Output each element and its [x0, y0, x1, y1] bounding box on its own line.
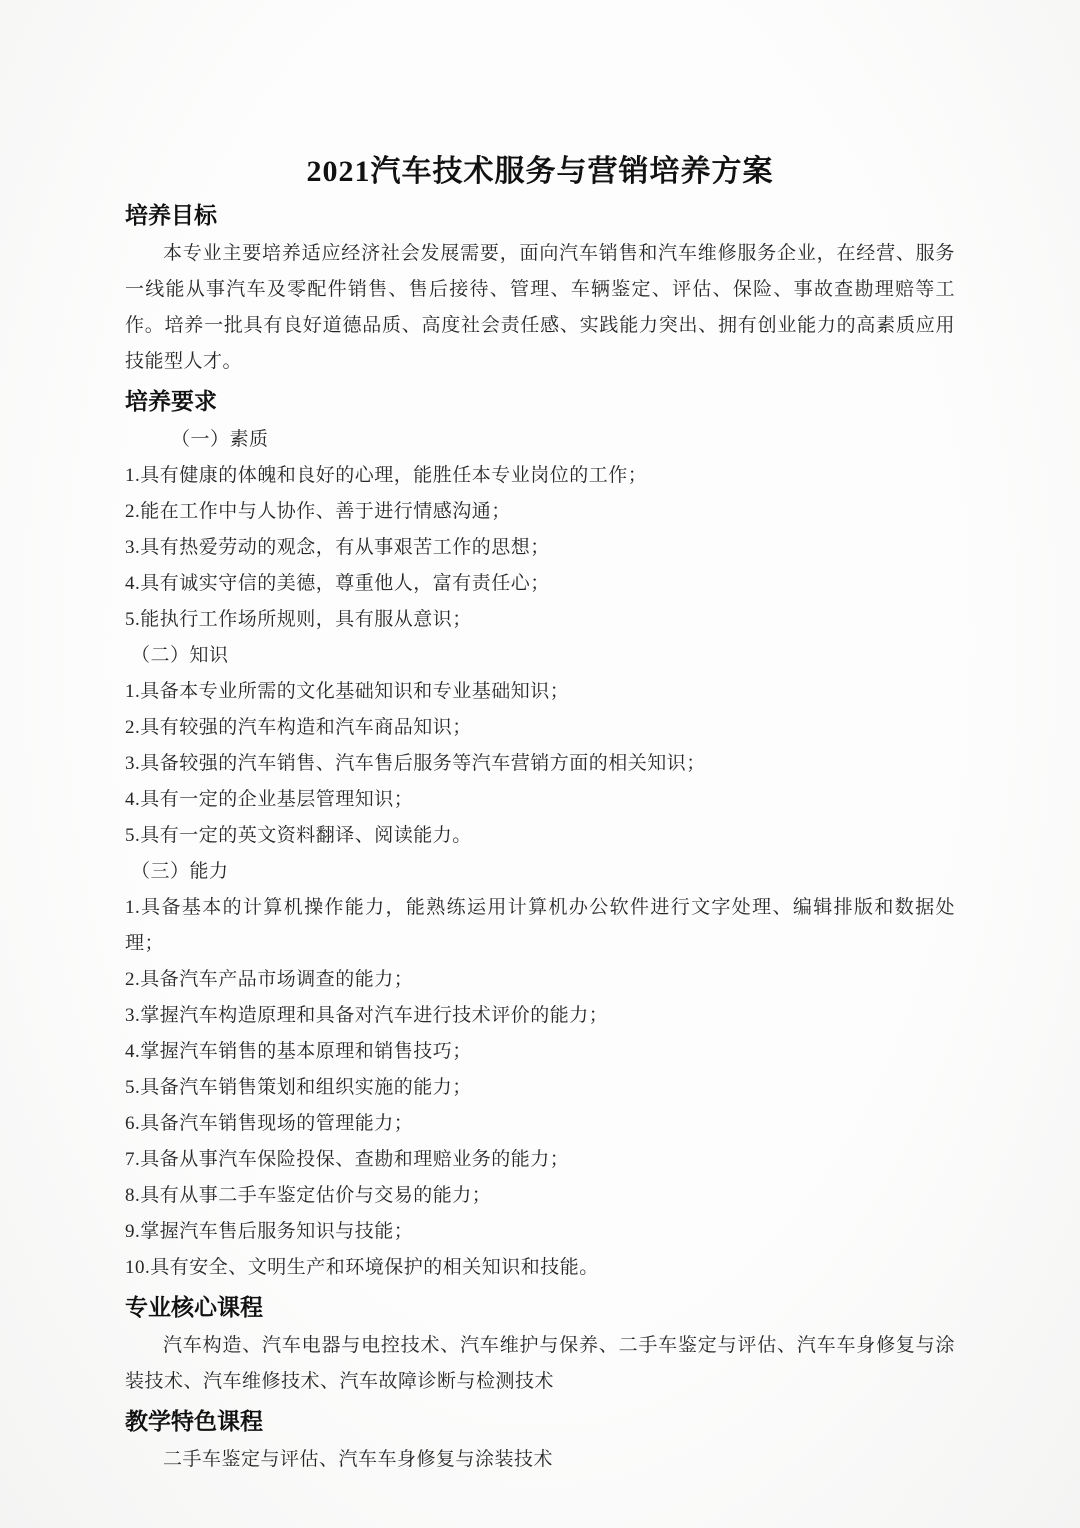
- requirement-item: 1.具备基本的计算机操作能力，能熟练运用计算机办公软件进行文字处理、编辑排版和数…: [125, 890, 955, 962]
- featured-courses-paragraph: 二手车鉴定与评估、汽车车身修复与涂装技术: [125, 1442, 955, 1478]
- requirement-item: 2.具备汽车产品市场调查的能力；: [125, 962, 955, 998]
- requirement-item: 5.能执行工作场所规则，具有服从意识；: [125, 602, 955, 638]
- requirement-item: 3.掌握汽车构造原理和具备对汽车进行技术评价的能力；: [125, 998, 955, 1034]
- requirement-item: 2.能在工作中与人协作、善于进行情感沟通；: [125, 494, 955, 530]
- requirement-item: 3.具有热爱劳动的观念，有从事艰苦工作的思想；: [125, 530, 955, 566]
- requirement-item: 2.具有较强的汽车构造和汽车商品知识；: [125, 710, 955, 746]
- section-heading-core-courses: 专业核心课程: [125, 1286, 955, 1328]
- requirement-item: 8.具有从事二手车鉴定估价与交易的能力；: [125, 1178, 955, 1214]
- subsection-label-knowledge: （二）知识: [125, 638, 955, 674]
- requirement-item: 10.具有安全、文明生产和环境保护的相关知识和技能。: [125, 1250, 955, 1286]
- requirement-item: 1.具备本专业所需的文化基础知识和专业基础知识；: [125, 674, 955, 710]
- requirement-item: 3.具备较强的汽车销售、汽车售后服务等汽车营销方面的相关知识；: [125, 746, 955, 782]
- section-heading-featured-courses: 教学特色课程: [125, 1400, 955, 1442]
- requirement-item: 5.具有一定的英文资料翻译、阅读能力。: [125, 818, 955, 854]
- requirement-item: 4.具有诚实守信的美德，尊重他人，富有责任心；: [125, 566, 955, 602]
- requirement-item: 1.具有健康的体魄和良好的心理，能胜任本专业岗位的工作；: [125, 458, 955, 494]
- ability-requirement-list: 1.具备基本的计算机操作能力，能熟练运用计算机办公软件进行文字处理、编辑排版和数…: [125, 890, 955, 1286]
- knowledge-requirement-list: 1.具备本专业所需的文化基础知识和专业基础知识； 2.具有较强的汽车构造和汽车商…: [125, 674, 955, 854]
- section-heading-training-requirements: 培养要求: [125, 380, 955, 422]
- requirement-item: 6.具备汽车销售现场的管理能力；: [125, 1106, 955, 1142]
- quality-requirement-list: 1.具有健康的体魄和良好的心理，能胜任本专业岗位的工作； 2.能在工作中与人协作…: [125, 458, 955, 638]
- requirement-item: 9.掌握汽车售后服务知识与技能；: [125, 1214, 955, 1250]
- requirement-item: 4.掌握汽车销售的基本原理和销售技巧；: [125, 1034, 955, 1070]
- subsection-label-quality: （一）素质: [125, 422, 955, 458]
- subsection-label-ability: （三）能力: [125, 854, 955, 890]
- document-page: 2021汽车技术服务与营销培养方案 培养目标 本专业主要培养适应经济社会发展需要…: [0, 0, 1080, 1528]
- requirement-item: 5.具备汽车销售策划和组织实施的能力；: [125, 1070, 955, 1106]
- requirement-item: 7.具备从事汽车保险投保、查勘和理赔业务的能力；: [125, 1142, 955, 1178]
- document-title: 2021汽车技术服务与营销培养方案: [125, 150, 955, 194]
- core-courses-paragraph: 汽车构造、汽车电器与电控技术、汽车维护与保养、二手车鉴定与评估、汽车车身修复与涂…: [125, 1328, 955, 1400]
- requirement-item: 4.具有一定的企业基层管理知识；: [125, 782, 955, 818]
- section-heading-training-objectives: 培养目标: [125, 194, 955, 236]
- training-objectives-paragraph: 本专业主要培养适应经济社会发展需要，面向汽车销售和汽车维修服务企业，在经营、服务…: [125, 236, 955, 380]
